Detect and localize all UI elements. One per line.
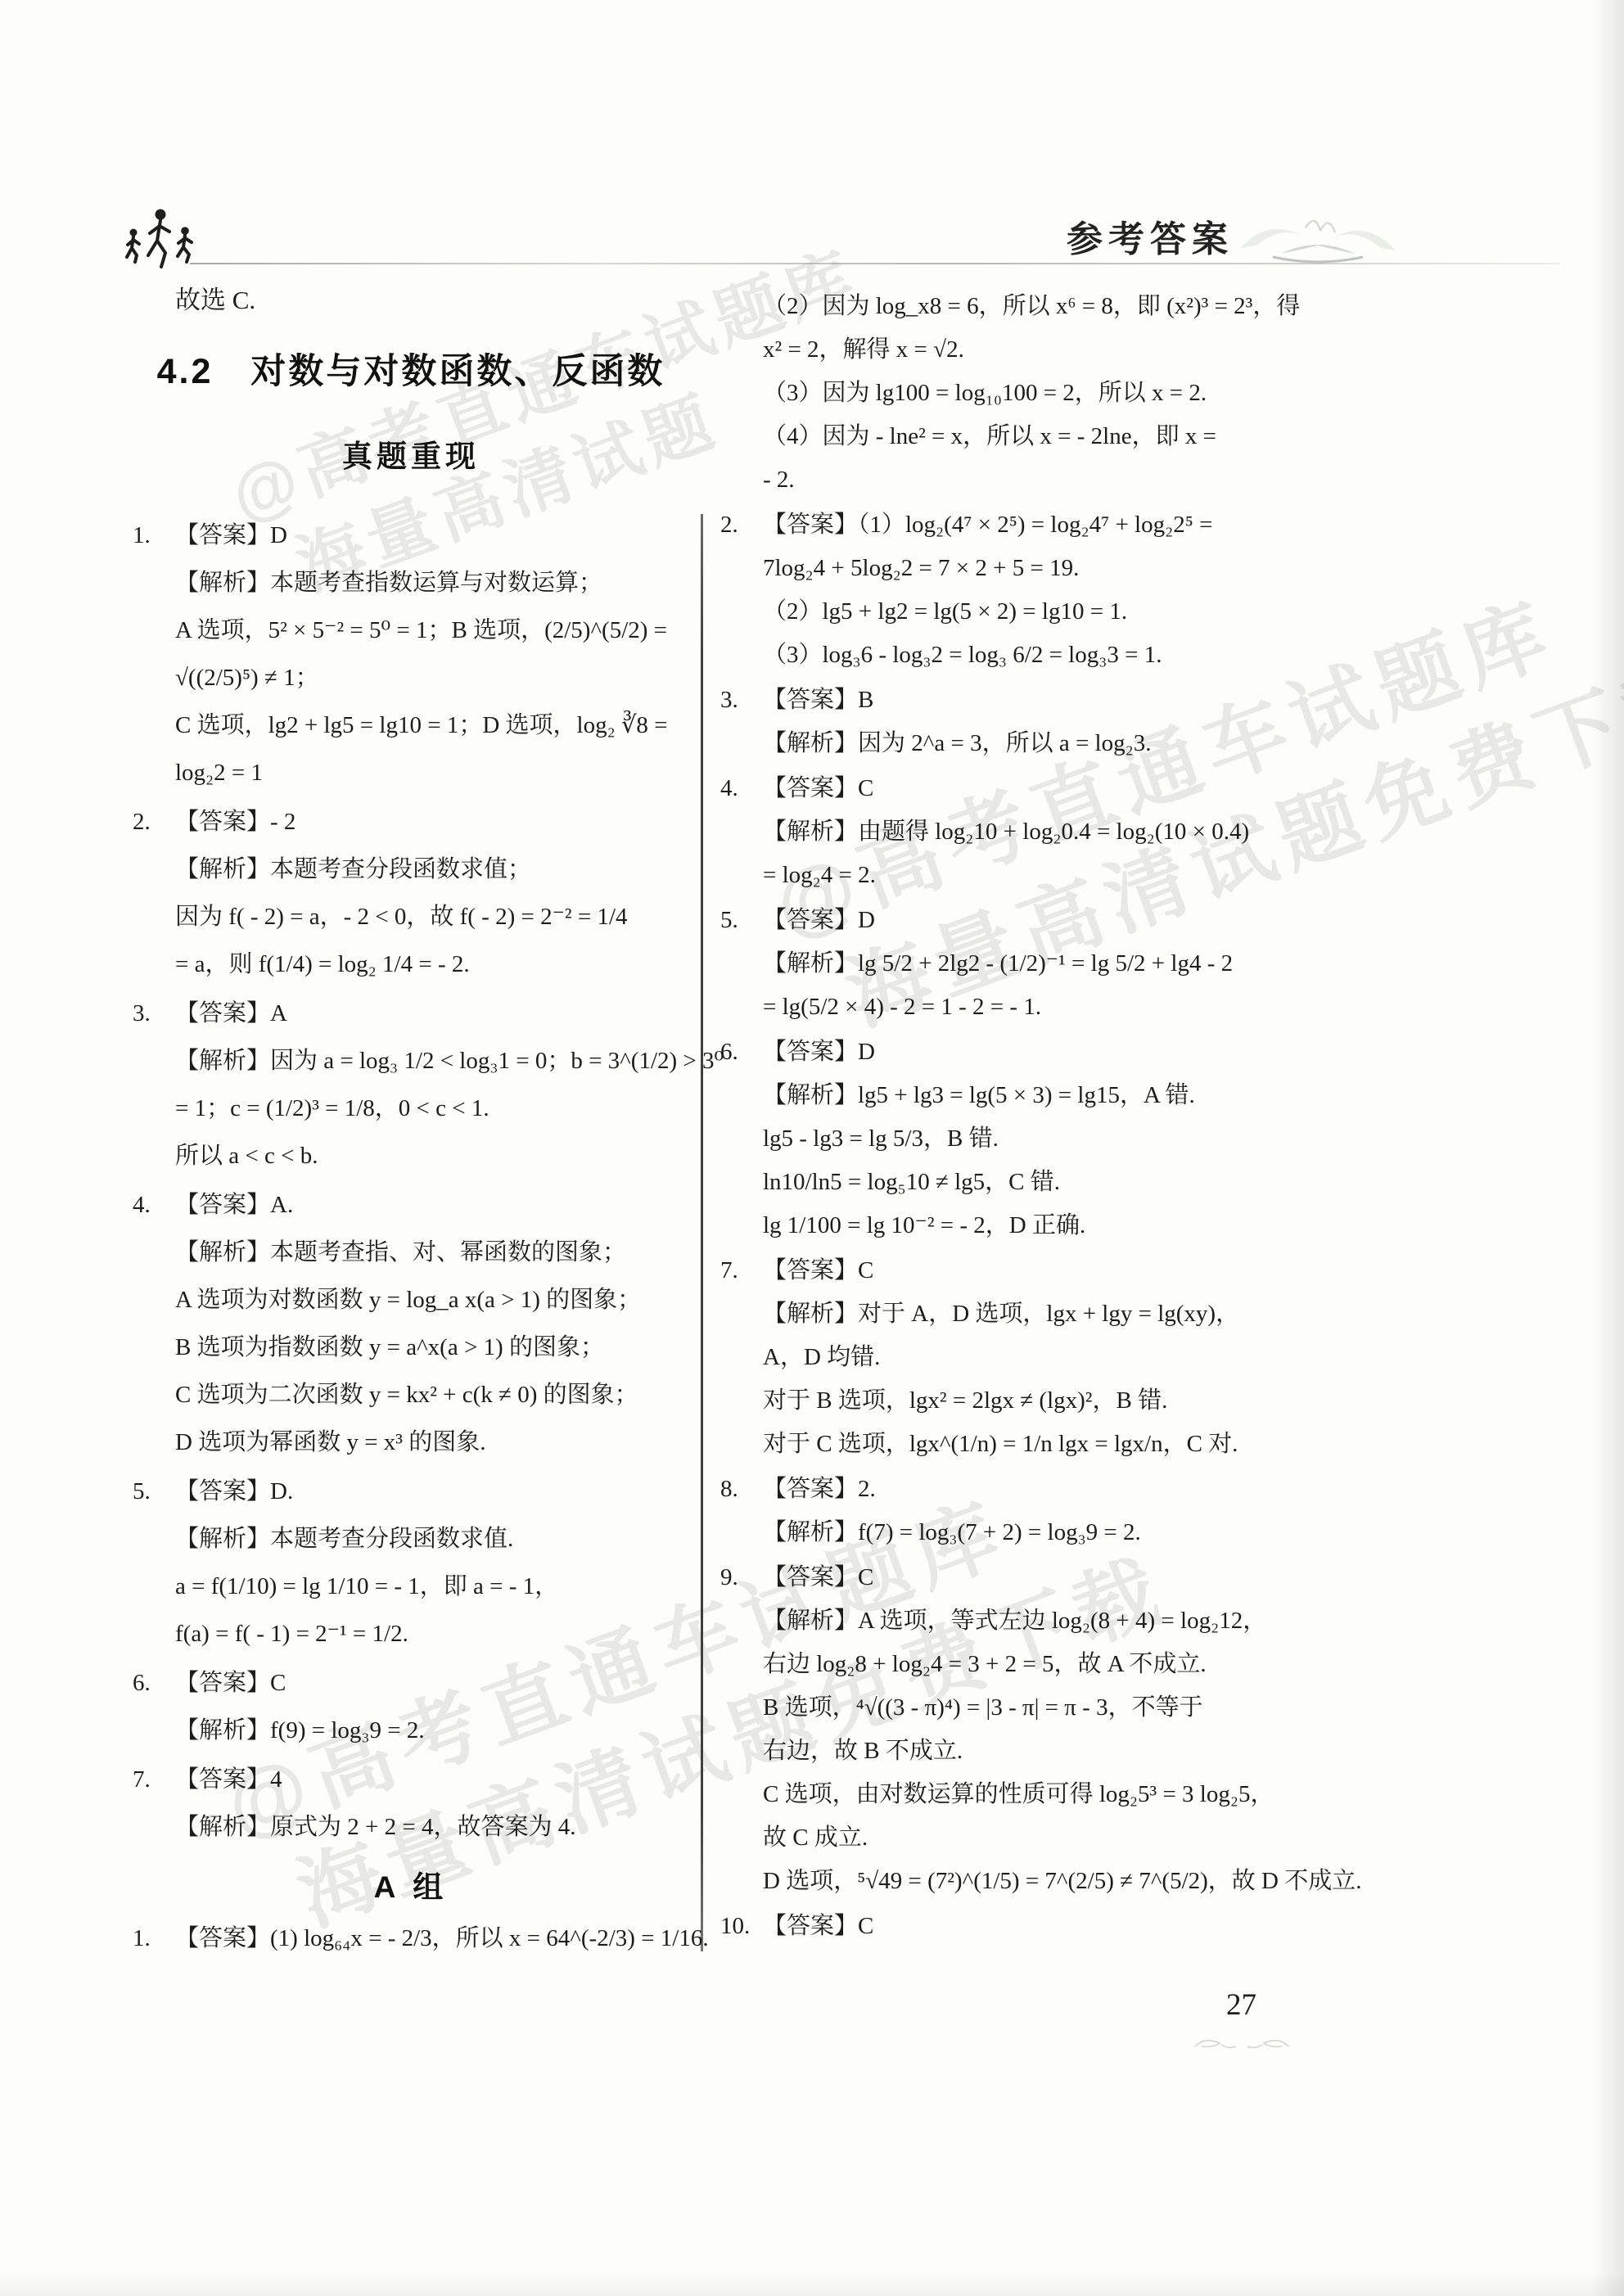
text-line: 【解析】f(7) = log₃(7 + 2) = log₃9 = 2. (763, 1511, 1503, 1554)
item-number: 7. (720, 1249, 763, 1466)
section-title: 4.2 对数与对数函数、反函数 (124, 344, 697, 394)
scan-edge-shadow-right (1591, 0, 1624, 2296)
item-lines: 【答案】(1) log₆₄x = - 2/3，所以 x = 64^(-2/3) … (175, 1915, 697, 1962)
answer-item: 10. 【答案】C (720, 1905, 1503, 1948)
group-a-title: A 组 (124, 1862, 697, 1906)
text-line: 【答案】D (763, 899, 1503, 942)
subsection-title: 真题重现 (124, 431, 697, 476)
text-line: 故 C 成立. (763, 1816, 1503, 1860)
item-lines: 【答案】2.【解析】f(7) = log₃(7 + 2) = log₃9 = 2… (763, 1468, 1503, 1554)
text-line: 【解析】本题考查分段函数求值. (175, 1515, 697, 1563)
text-line: 【答案】- 2 (175, 798, 697, 846)
footer-flourish-icon (1189, 2030, 1295, 2064)
item-number: 8. (720, 1468, 763, 1554)
text-line: 右边，故 B 不成立. (763, 1730, 1503, 1773)
item-number: 1. (133, 512, 175, 796)
item-number (720, 285, 763, 502)
text-line: （3）因为 lg100 = log₁₀100 = 2，所以 x = 2. (763, 372, 1503, 415)
item-number: 4. (720, 767, 763, 897)
item-lines: 【答案】4【解析】原式为 2 + 2 = 4，故答案为 4. (175, 1756, 697, 1851)
answer-list: 1. 【答案】D【解析】本题考查指数运算与对数运算；A 选项，5² × 5⁻² … (124, 512, 697, 1851)
text-line: C 选项为二次函数 y = kx² + c(k ≠ 0) 的图象； (175, 1371, 697, 1419)
item-lines: 【答案】C【解析】对于 A，D 选项，lgx + lgy = lg(xy)，A，… (763, 1249, 1503, 1466)
item-lines: 【答案】（1）log₂(4⁷ × 2⁵) = log₂4⁷ + log₂2⁵ =… (763, 503, 1503, 677)
answer-item: 6. 【答案】C【解析】f(9) = log₃9 = 2. (133, 1659, 697, 1754)
text-line: lg5 - lg3 = lg 5/3，B 错. (763, 1117, 1503, 1161)
text-line: 【解析】f(9) = log₃9 = 2. (175, 1707, 697, 1754)
answer-item: （2）因为 log_x8 = 6，所以 x⁶ = 8，即 (x²)³ = 2³，… (720, 285, 1503, 502)
text-line: = lg(5/2 × 4) - 2 = 1 - 2 = - 1. (763, 986, 1503, 1029)
scan-edge-shadow-bottom (0, 2273, 1624, 2296)
item-lines: 【答案】B【解析】因为 2^a = 3，所以 a = log₂3. (763, 679, 1503, 765)
item-number: 5. (720, 899, 763, 1029)
text-line: 【答案】C (763, 1249, 1503, 1292)
text-line: 【答案】D. (175, 1468, 697, 1515)
item-number: 10. (720, 1905, 763, 1948)
answer-item: 7. 【答案】4【解析】原式为 2 + 2 = 4，故答案为 4. (133, 1756, 697, 1851)
item-lines: 【答案】C【解析】由题得 log₂10 + log₂0.4 = log₂(10 … (763, 767, 1503, 897)
text-line: 【解析】因为 2^a = 3，所以 a = log₂3. (763, 722, 1503, 765)
item-lines: 【答案】C【解析】A 选项，等式左边 log₂(8 + 4) = log₂12，… (763, 1556, 1503, 1903)
item-lines: 【答案】D.【解析】本题考查分段函数求值.a = f(1/10) = lg 1/… (175, 1468, 697, 1658)
text-line: 【解析】由题得 log₂10 + log₂0.4 = log₂(10 × 0.4… (763, 810, 1503, 854)
item-lines: 【答案】D【解析】lg 5/2 + 2lg2 - (1/2)⁻¹ = lg 5/… (763, 899, 1503, 1029)
text-line: 【答案】(1) log₆₄x = - 2/3，所以 x = 64^(-2/3) … (175, 1915, 697, 1962)
text-line: 对于 C 选项，lgx^(1/n) = 1/n lgx = lgx/n，C 对. (763, 1423, 1503, 1466)
item-number: 4. (133, 1181, 175, 1466)
text-line: 【解析】lg5 + lg3 = lg(5 × 3) = lg15，A 错. (763, 1074, 1503, 1117)
answer-item: 2. 【答案】- 2【解析】本题考查分段函数求值；因为 f( - 2) = a，… (133, 798, 697, 988)
text-line: 【解析】本题考查指、对、幂函数的图象； (175, 1229, 697, 1276)
item-number: 5. (133, 1468, 175, 1658)
text-line: C 选项，lg2 + lg5 = lg10 = 1；D 选项，log₂ ∛8 = (175, 701, 697, 749)
text-line: = log₂4 = 2. (763, 854, 1503, 897)
answer-item: 1. 【答案】D【解析】本题考查指数运算与对数运算；A 选项，5² × 5⁻² … (133, 512, 697, 796)
text-line: a = f(1/10) = lg 1/10 = - 1，即 a = - 1， (175, 1563, 697, 1610)
answer-item: 6. 【答案】D【解析】lg5 + lg3 = lg(5 × 3) = lg15… (720, 1031, 1503, 1247)
text-line: 右边 log₂8 + log₂4 = 3 + 2 = 5，故 A 不成立. (763, 1643, 1503, 1686)
item-lines: 【答案】D【解析】lg5 + lg3 = lg(5 × 3) = lg15，A … (763, 1031, 1503, 1247)
text-line: 【解析】对于 A，D 选项，lgx + lgy = lg(xy)， (763, 1292, 1503, 1336)
text-line: 【答案】4 (175, 1756, 697, 1803)
text-line: lg 1/100 = lg 10⁻² = - 2，D 正确. (763, 1204, 1503, 1247)
text-line: = a，则 f(1/4) = log₂ 1/4 = - 2. (175, 941, 697, 988)
text-line: 【解析】因为 a = log₃ 1/2 < log₃1 = 0；b = 3^(1… (175, 1037, 697, 1085)
item-number: 3. (720, 679, 763, 765)
text-line: 【解析】原式为 2 + 2 = 4，故答案为 4. (175, 1803, 697, 1851)
text-line: 【答案】D (175, 512, 697, 559)
text-line: C 选项，由对数运算的性质可得 log₂5³ = 3 log₂5， (763, 1773, 1503, 1816)
page-header-title: 参考答案 (1067, 210, 1234, 262)
item-lines: 【答案】C (763, 1905, 1503, 1948)
answer-item: 4. 【答案】C【解析】由题得 log₂10 + log₂0.4 = log₂(… (720, 767, 1503, 897)
answer-list: （2）因为 log_x8 = 6，所以 x⁶ = 8，即 (x²)³ = 2³，… (717, 285, 1503, 1948)
answer-item: 5. 【答案】D【解析】lg 5/2 + 2lg2 - (1/2)⁻¹ = lg… (720, 899, 1503, 1029)
scanned-answer-page: 参考答案 @高考直通车试题库 海量高清试题 @高考直通车试题库 海量高清试题免费… (0, 0, 1624, 2296)
text-line: 【答案】B (763, 679, 1503, 722)
item-lines: 【答案】C【解析】f(9) = log₃9 = 2. (175, 1659, 697, 1754)
text-line: （2）lg5 + lg2 = lg(5 × 2) = lg10 = 1. (763, 590, 1503, 634)
text-line: 【答案】C (763, 1905, 1503, 1948)
text-line: （3）log₃6 - log₃2 = log₃ 6/2 = log₃3 = 1. (763, 634, 1503, 677)
book-flourish-icon (1224, 203, 1412, 281)
text-line: （4）因为 - lne² = x，所以 x = - 2lne，即 x = (763, 415, 1503, 458)
text-line: ln10/ln5 = log₅10 ≠ lg5，C 错. (763, 1161, 1503, 1204)
answer-item: 8. 【答案】2.【解析】f(7) = log₃(7 + 2) = log₃9 … (720, 1468, 1503, 1554)
text-line: 7log₂4 + 5log₂2 = 7 × 2 + 5 = 19. (763, 547, 1503, 590)
item-lines: 【答案】A.【解析】本题考查指、对、幂函数的图象；A 选项为对数函数 y = l… (175, 1181, 697, 1466)
text-line: 【解析】lg 5/2 + 2lg2 - (1/2)⁻¹ = lg 5/2 + l… (763, 942, 1503, 986)
column-divider (701, 514, 703, 1951)
text-line: B 选项为指数函数 y = a^x(a > 1) 的图象； (175, 1324, 697, 1371)
text-line: √((2/5)⁵) ≠ 1； (175, 654, 697, 701)
answer-item: 2. 【答案】（1）log₂(4⁷ × 2⁵) = log₂4⁷ + log₂2… (720, 503, 1503, 677)
text-line: （2）因为 log_x8 = 6，所以 x⁶ = 8，即 (x²)³ = 2³，… (763, 285, 1503, 328)
text-line: 【答案】C (763, 767, 1503, 810)
item-number: 3. (133, 990, 175, 1180)
text-line: A 选项为对数函数 y = log_a x(a > 1) 的图象； (175, 1276, 697, 1324)
item-lines: 【答案】A【解析】因为 a = log₃ 1/2 < log₃1 = 0；b =… (175, 990, 697, 1180)
answer-item: 9. 【答案】C【解析】A 选项，等式左边 log₂(8 + 4) = log₂… (720, 1556, 1503, 1903)
intro-line: 故选 C. (175, 277, 697, 324)
text-line: 所以 a < c < b. (175, 1132, 697, 1180)
text-line: x² = 2，解得 x = √2. (763, 328, 1503, 372)
text-line: 【答案】A (175, 990, 697, 1037)
item-number: 7. (133, 1756, 175, 1851)
item-number: 9. (720, 1556, 763, 1903)
item-number: 6. (720, 1031, 763, 1247)
text-line: 因为 f( - 2) = a，- 2 < 0，故 f( - 2) = 2⁻² =… (175, 893, 697, 941)
text-line: f(a) = f( - 1) = 2⁻¹ = 1/2. (175, 1610, 697, 1658)
text-line: 【答案】C (763, 1556, 1503, 1599)
item-number: 2. (133, 798, 175, 988)
item-lines: （2）因为 log_x8 = 6，所以 x⁶ = 8，即 (x²)³ = 2³，… (763, 285, 1503, 502)
item-lines: 【答案】- 2【解析】本题考查分段函数求值；因为 f( - 2) = a，- 2… (175, 798, 697, 988)
text-line: D 选项为幂函数 y = x³ 的图象. (175, 1419, 697, 1466)
text-line: 【解析】A 选项，等式左边 log₂(8 + 4) = log₂12， (763, 1599, 1503, 1643)
answer-item: 5. 【答案】D.【解析】本题考查分段函数求值.a = f(1/10) = lg… (133, 1468, 697, 1658)
answer-item: 4. 【答案】A.【解析】本题考查指、对、幂函数的图象；A 选项为对数函数 y … (133, 1181, 697, 1466)
answer-item: 7. 【答案】C【解析】对于 A，D 选项，lgx + lgy = lg(xy)… (720, 1249, 1503, 1466)
answer-item: 1. 【答案】(1) log₆₄x = - 2/3，所以 x = 64^(-2/… (133, 1915, 697, 1962)
running-figures-icon (120, 206, 201, 279)
answer-item: 3. 【答案】A【解析】因为 a = log₃ 1/2 < log₃1 = 0；… (133, 990, 697, 1180)
page-number: 27 (1226, 1987, 1256, 2023)
text-line: A，D 均错. (763, 1336, 1503, 1379)
item-lines: 【答案】D【解析】本题考查指数运算与对数运算；A 选项，5² × 5⁻² = 5… (175, 512, 697, 796)
group-a-list: 1. 【答案】(1) log₆₄x = - 2/3，所以 x = 64^(-2/… (124, 1915, 697, 1962)
item-number: 2. (720, 503, 763, 677)
text-line: log₂2 = 1 (175, 749, 697, 796)
text-line: 【解析】本题考查指数运算与对数运算； (175, 559, 697, 607)
text-line: - 2. (763, 458, 1503, 502)
text-line: 【答案】A. (175, 1181, 697, 1229)
text-line: 对于 B 选项，lgx² = 2lgx ≠ (lgx)²，B 错. (763, 1379, 1503, 1423)
text-line: 【答案】C (175, 1659, 697, 1707)
text-line: = 1；c = (1/2)³ = 1/8，0 < c < 1. (175, 1085, 697, 1132)
answer-item: 3. 【答案】B【解析】因为 2^a = 3，所以 a = log₂3. (720, 679, 1503, 765)
text-line: 【答案】（1）log₂(4⁷ × 2⁵) = log₂4⁷ + log₂2⁵ = (763, 503, 1503, 547)
text-line: 【答案】D (763, 1031, 1503, 1074)
text-line: 【答案】2. (763, 1468, 1503, 1511)
left-column: 故选 C. 4.2 对数与对数函数、反函数 真题重现 1. 【答案】D【解析】本… (124, 277, 697, 1964)
right-column: （2）因为 log_x8 = 6，所以 x⁶ = 8，即 (x²)³ = 2³，… (717, 283, 1503, 1950)
text-line: 【解析】本题考查分段函数求值； (175, 846, 697, 893)
text-line: B 选项，⁴√((3 - π)⁴) = |3 - π| = π - 3，不等于 (763, 1686, 1503, 1730)
item-number: 6. (133, 1659, 175, 1754)
text-line: A 选项，5² × 5⁻² = 5⁰ = 1；B 选项，(2/5)^(5/2) … (175, 607, 697, 654)
item-number: 1. (133, 1915, 175, 1962)
text-line: D 选项，⁵√49 = (7²)^(1/5) = 7^(2/5) ≠ 7^(5/… (763, 1860, 1503, 1903)
